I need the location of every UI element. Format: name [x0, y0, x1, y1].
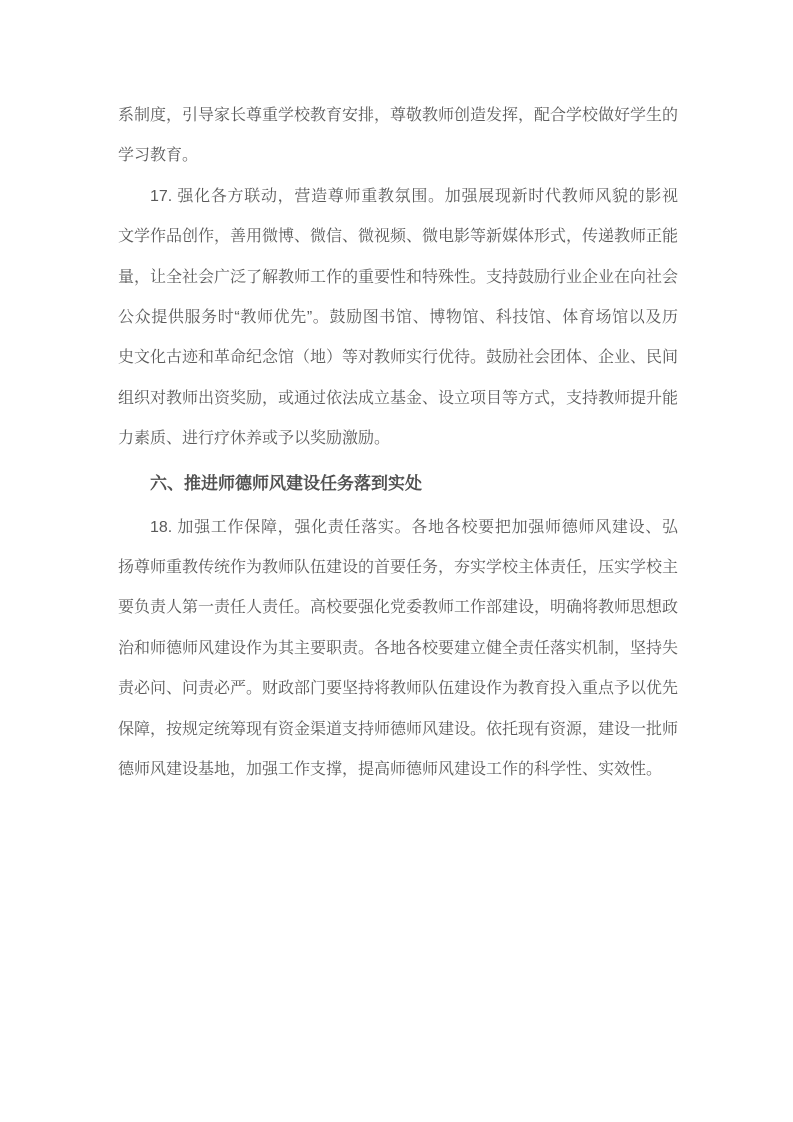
- text-line: 力素质、进行疗休养或予以奖励激励。: [118, 419, 678, 459]
- document-page: 系制度，引导家长尊重学校教育安排，尊敬教师创造发挥，配合学校做好学生的学习教育。…: [0, 0, 793, 1122]
- text-line: 学习教育。: [118, 136, 678, 176]
- text-line: 德师风建设基地，加强工作支撑，提高师德师风建设工作的科学性、实效性。: [118, 750, 678, 790]
- text-line: 史文化古迹和革命纪念馆（地）等对教师实行优待。鼓励社会团体、企业、民间: [118, 338, 678, 378]
- text-line: 系制度，引导家长尊重学校教育安排，尊敬教师创造发挥，配合学校做好学生的: [118, 96, 678, 136]
- section-heading: 六、推进师德师风建设任务落到实处: [118, 460, 678, 508]
- document-body: 系制度，引导家长尊重学校教育安排，尊敬教师创造发挥，配合学校做好学生的学习教育。…: [118, 96, 678, 791]
- paragraph: 18. 加强工作保障，强化责任落实。各地各校要把加强师德师风建设、弘扬尊师重教传…: [118, 508, 678, 791]
- text-line: 责必问、问责必严。财政部门要坚持将教师队伍建设作为教育投入重点予以优先: [118, 669, 678, 709]
- text-line: 17. 强化各方联动，营造尊师重教氛围。加强展现新时代教师风貌的影视: [118, 177, 678, 217]
- text-line: 保障，按规定统筹现有资金渠道支持师德师风建设。依托现有资源，建设一批师: [118, 710, 678, 750]
- text-line: 文学作品创作，善用微博、微信、微视频、微电影等新媒体形式，传递教师正能: [118, 217, 678, 257]
- text-line: 六、推进师德师风建设任务落到实处: [118, 460, 678, 508]
- text-line: 公众提供服务时“教师优先”。鼓励图书馆、博物馆、科技馆、体育场馆以及历: [118, 298, 678, 338]
- text-line: 组织对教师出资奖励，或通过依法成立基金、设立项目等方式，支持教师提升能: [118, 379, 678, 419]
- text-line: 治和师德师风建设作为其主要职责。各地各校要建立健全责任落实机制，坚持失: [118, 629, 678, 669]
- text-line: 扬尊师重教传统作为教师队伍建设的首要任务，夯实学校主体责任，压实学校主: [118, 548, 678, 588]
- paragraph: 17. 强化各方联动，营造尊师重教氛围。加强展现新时代教师风貌的影视文学作品创作…: [118, 177, 678, 460]
- paragraph: 系制度，引导家长尊重学校教育安排，尊敬教师创造发挥，配合学校做好学生的学习教育。: [118, 96, 678, 177]
- text-line: 要负责人第一责任人责任。高校要强化党委教师工作部建设，明确将教师思想政: [118, 588, 678, 628]
- text-line: 18. 加强工作保障，强化责任落实。各地各校要把加强师德师风建设、弘: [118, 508, 678, 548]
- text-line: 量，让全社会广泛了解教师工作的重要性和特殊性。支持鼓励行业企业在向社会: [118, 258, 678, 298]
